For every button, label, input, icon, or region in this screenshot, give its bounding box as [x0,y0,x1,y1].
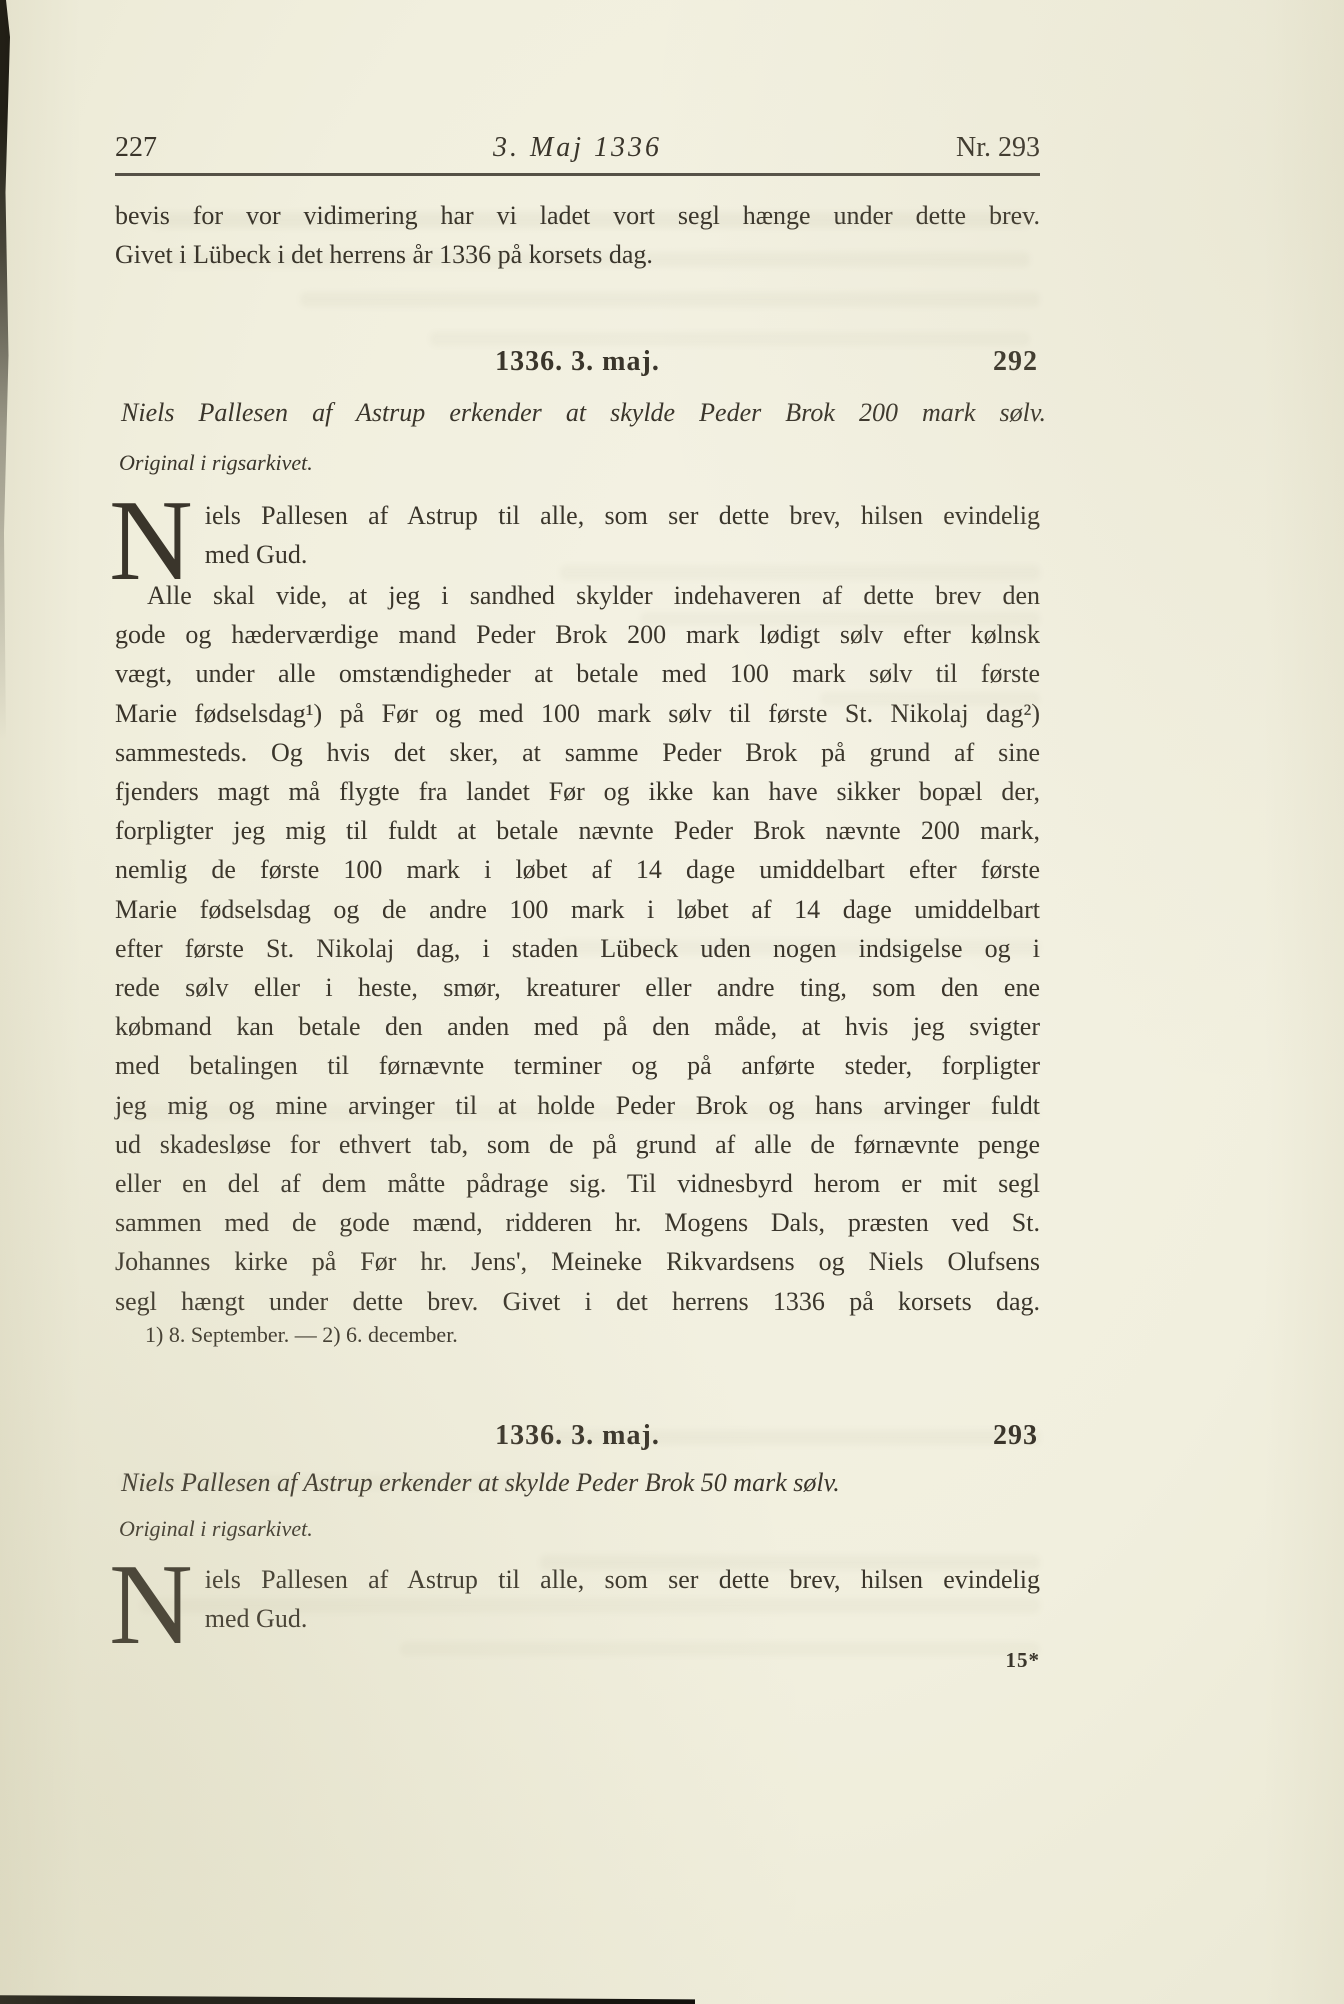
scan-edge-left [0,0,10,740]
salutation-lines: iels Pallesen af Astrup til alle, som se… [115,1560,1040,1638]
running-head-date: 3. Maj 1336 [115,132,1040,164]
salutation-paragraph: N iels Pallesen af Astrup til alle, som … [115,1560,1040,1648]
footnote: 1) 8. September. — 2) 6. december. [115,1322,1070,1348]
signature-mark: 15* [115,1648,1112,1673]
intro-paragraph: bevis for vor vidimering har vi ladet vo… [115,196,1040,274]
drop-cap-initial: N [109,500,193,584]
drop-cap-initial: N [109,1564,193,1648]
bleed-through-artifact [300,292,1040,307]
scan-edge-bottom [0,1993,695,2004]
scanned-book-page: 227 3. Maj 1336 Nr. 293 bevis for vor vi… [0,0,1344,2004]
page-header: 227 3. Maj 1336 Nr. 293 [115,132,1040,168]
bleed-through-artifact [430,332,1030,346]
record-body-paragraph: Alle skal vide, at jeg i sandhed skylder… [115,576,1040,1321]
record-number: 292 [993,346,1038,378]
salutation-lines: iels Pallesen af Astrup til alle, som se… [115,496,1040,574]
record-number: 293 [993,1420,1038,1452]
record-date: 1336. 3. maj. [115,1420,1040,1452]
source-note: Original i rigsarkivet. [115,1516,1044,1542]
record-regest: Niels Pallesen af Astrup erkender at sky… [115,1468,1046,1498]
record-heading: 1336. 3. maj. 292 [115,346,1040,378]
record-date: 1336. 3. maj. [115,346,1040,378]
header-rule [115,173,1040,176]
record-regest: Niels Pallesen af Astrup erkender at sky… [115,398,1048,428]
running-head-number: Nr. 293 [956,132,1040,164]
source-note: Original i rigsarkivet. [115,450,1044,476]
record-heading: 1336. 3. maj. 293 [115,1420,1040,1452]
salutation-paragraph: N iels Pallesen af Astrup til alle, som … [115,496,1040,584]
